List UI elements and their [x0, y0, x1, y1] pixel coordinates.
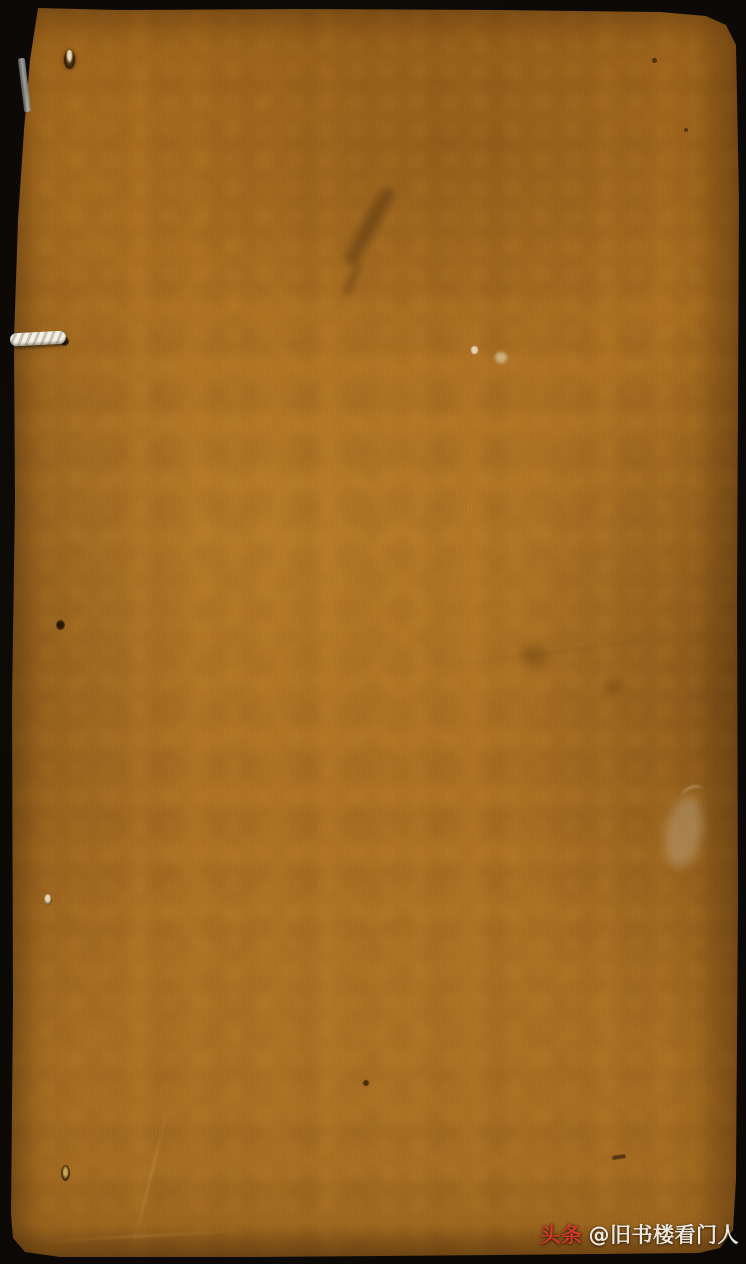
binding-hole-bottom [61, 1165, 70, 1181]
cover-left-edge-shadow [0, 0, 34, 1264]
dark-stain [604, 680, 622, 694]
dark-speck [684, 128, 688, 132]
book-cover [0, 0, 746, 1264]
watermark-platform-label: 头条 [540, 1223, 583, 1247]
white-speck [495, 352, 507, 363]
watermark: 头条@旧书楼看门人 [540, 1223, 740, 1248]
dark-speck [652, 58, 657, 63]
white-speck [471, 346, 478, 354]
cover-top-edge-shadow [0, 0, 746, 30]
binding-hole-lower [44, 894, 52, 905]
photo-background: 头条@旧书楼看门人 [0, 0, 746, 1264]
binding-hole-middle [56, 620, 65, 630]
binding-hole-top [64, 50, 75, 69]
cover-paper-grain [0, 0, 746, 1264]
watermark-account-label: @旧书楼看门人 [589, 1223, 740, 1247]
dark-speck [363, 1080, 369, 1086]
